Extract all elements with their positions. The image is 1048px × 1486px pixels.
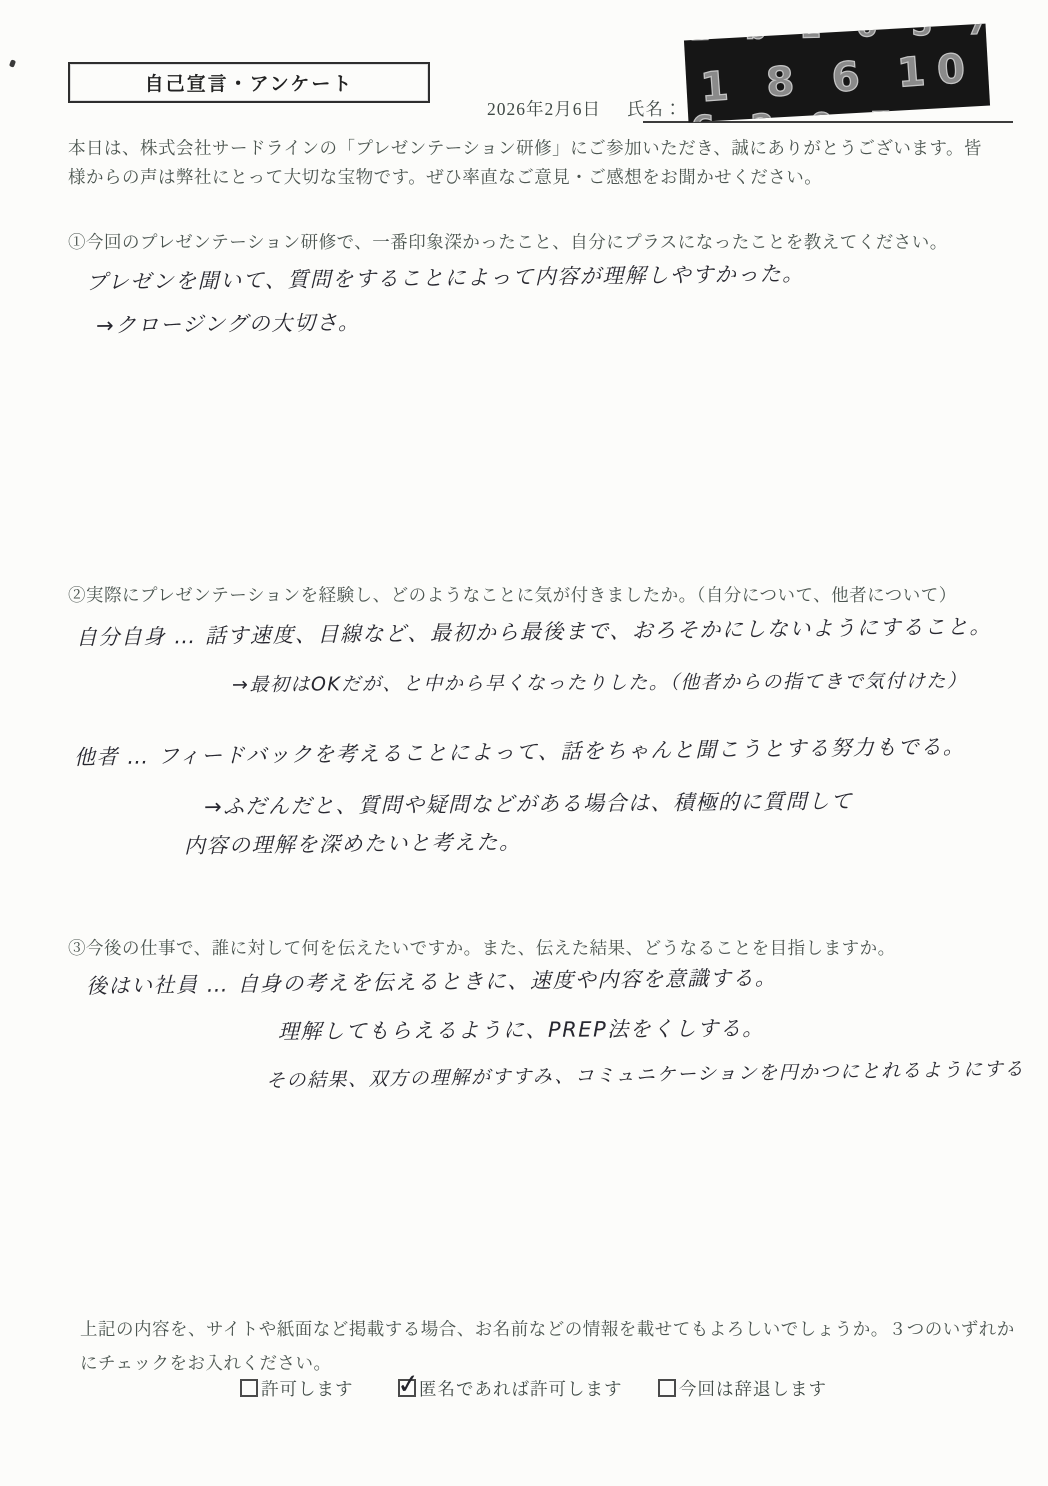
checkbox-decline [658, 1379, 676, 1397]
redaction-digits-row: 1 8 6 10 4 1 8 [699, 46, 990, 108]
handwritten-checkmark: ✓ [395, 1368, 422, 1401]
handwritten-answer-line: 後はい社員 … 自身の考えを伝えるときに、速度や内容を意識する。 [86, 962, 778, 1000]
consent-option-label: 今回は辞退します [679, 1379, 827, 1399]
question-3-label: ③今後の仕事で、誰に対して何を伝えたいですか。また、伝えた結果、どうなることを目… [68, 934, 896, 963]
date-text: 2026年2月6日 [487, 99, 601, 119]
handwritten-answer-line: →クロージングの大切さ。 [96, 306, 361, 339]
handwritten-answer-line: その結果、双方の理解がすすみ、コミュニケーションを円かつにとれるようにする [266, 1054, 1025, 1093]
scan-speck [9, 59, 16, 67]
handwritten-answer-line: プレゼンを聞いて、質問をすることによって内容が理解しやすかった。 [86, 258, 805, 297]
name-redaction-sticker: 2 b 2 6 5 7 2 1 8 6 10 4 1 8 6 2 0 5 8 2… [684, 24, 990, 123]
consent-question: 上記の内容を、サイトや紙面など掲載する場合、お名前などの情報を載せてもよろしいで… [80, 1312, 1018, 1380]
date-name-line: 2026年2月6日氏名： [487, 96, 683, 121]
intro-paragraph: 本日は、株式会社サードラインの「プレゼンテーション研修」にご参加いただき、誠にあ… [68, 134, 993, 193]
consent-option-permit: 許可します [240, 1376, 354, 1401]
handwritten-answer-line: 内容の理解を深めたいと考えた。 [184, 826, 522, 860]
consent-option-label: 匿名であれば許可します [419, 1379, 623, 1399]
handwritten-answer-line: 他者 … フィードバックを考えることによって、話をちゃんと聞こうとする努力もでる… [74, 731, 966, 772]
handwritten-answer-line: 理解してもらえるように、PREP法をくしする。 [278, 1012, 765, 1045]
question-2-label: ②実際にプレゼンテーションを経験し、どのようなことに気が付きましたか。（自分につ… [68, 581, 957, 610]
handwritten-answer-line: →最初はOKだが、と中から早くなったりした。（他者からの指てきで気付けた） [232, 666, 967, 697]
name-label: 氏名： [627, 99, 683, 119]
checkbox-anonymous-permit: ✓ [398, 1379, 416, 1397]
form-title-box: 自己宣言・アンケート [68, 62, 430, 103]
consent-option-anonymous-permit: ✓ 匿名であれば許可します [398, 1376, 623, 1401]
consent-options-row: 許可します ✓ 匿名であれば許可します 今回は辞退します [0, 1376, 1048, 1410]
scanned-questionnaire-page: 自己宣言・アンケート 2026年2月6日氏名： 2 b 2 6 5 7 2 1 … [0, 0, 1048, 1486]
form-title: 自己宣言・アンケート [145, 69, 354, 96]
handwritten-answer-line: →ふだんだと、質問や疑問などがある場合は、積極的に質問して [204, 785, 853, 821]
handwritten-answer-line: 自分自身 … 話す速度、目線など、最初から最後まで、おろそかにしないようにするこ… [76, 610, 992, 651]
question-1-label: ①今回のプレゼンテーション研修で、一番印象深かったこと、自分にプラスになったこと… [68, 228, 948, 257]
consent-option-decline: 今回は辞退します [658, 1376, 827, 1401]
consent-option-label: 許可します [261, 1379, 354, 1399]
checkbox-permit [240, 1379, 258, 1397]
